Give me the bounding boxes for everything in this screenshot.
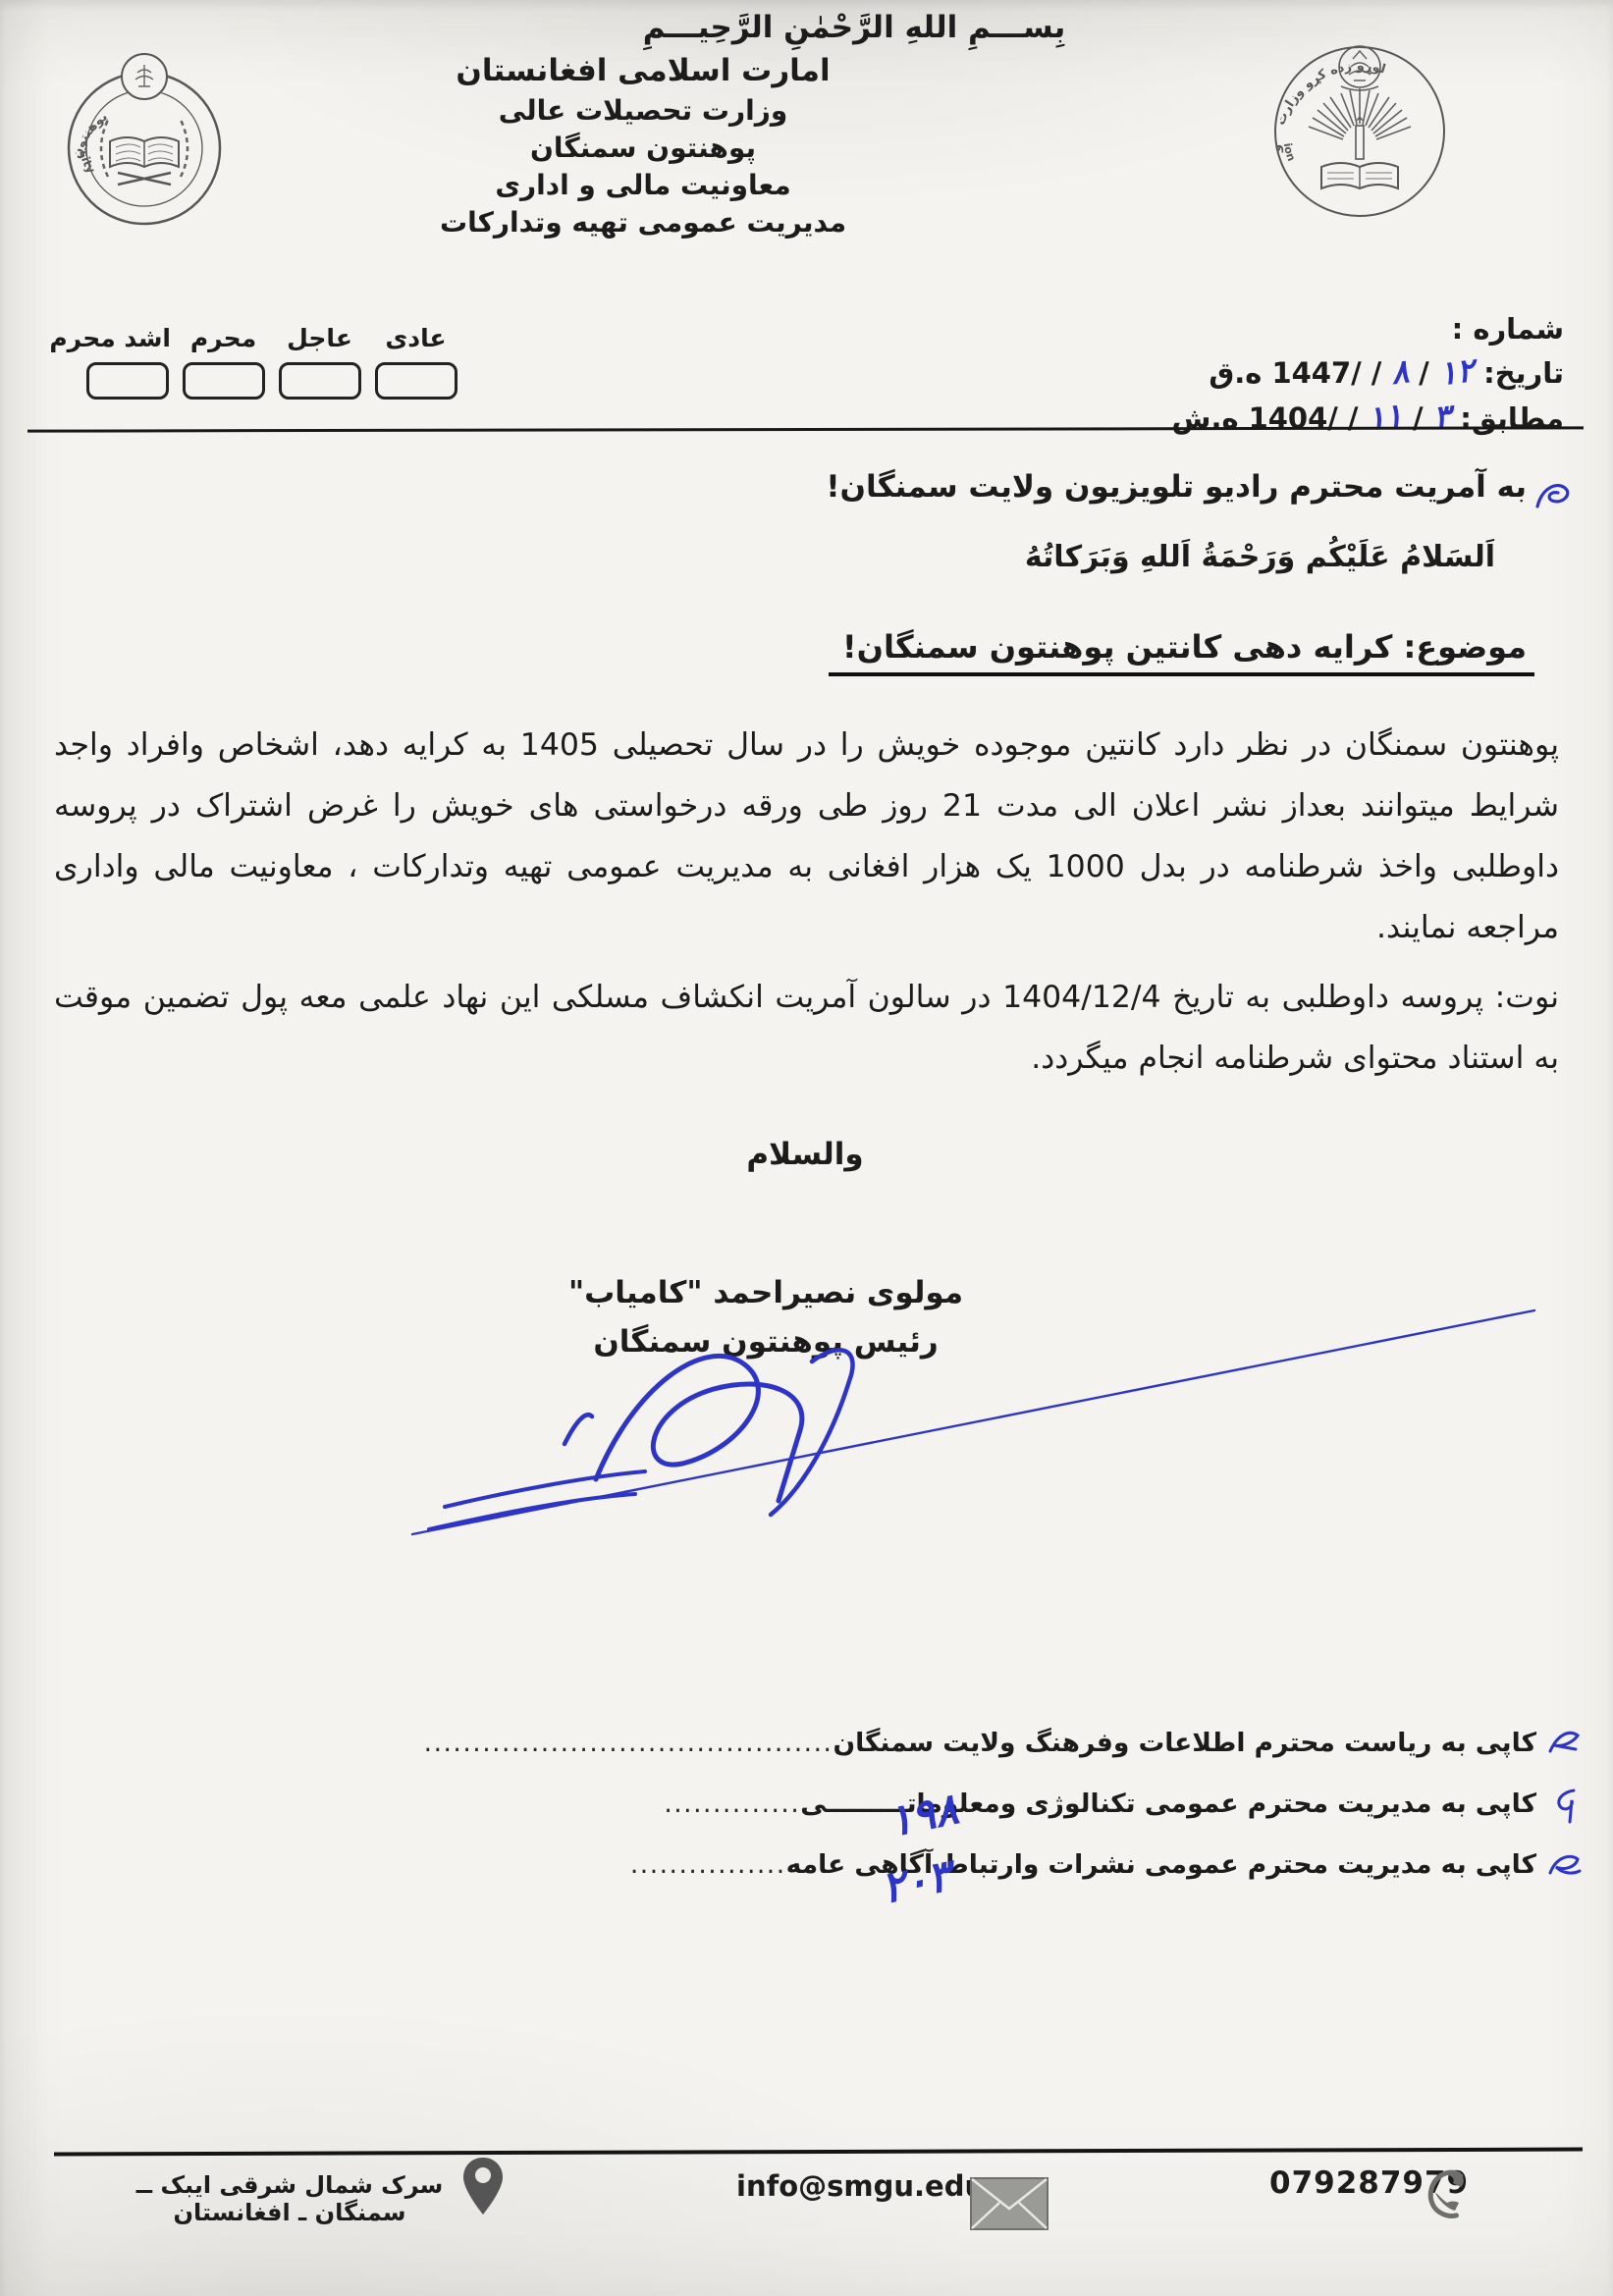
closing-word: والسلام bbox=[697, 1137, 913, 1172]
match-month-handwritten: ۱۱ bbox=[1366, 396, 1405, 438]
priority-normal: عادی bbox=[372, 324, 459, 400]
match-date-row: مطابق: ۳ / ۱۱ / 1404/ ه.ش bbox=[1152, 398, 1564, 436]
priority-urgent: عاجل bbox=[276, 324, 363, 400]
pen-mark-cc2-icon bbox=[1548, 1785, 1582, 1824]
priority-confidential-checkbox bbox=[183, 362, 265, 400]
signer-name: مولوی نصیراحمد "کامیاب" bbox=[545, 1268, 987, 1317]
pen-mark-addressee-icon bbox=[1532, 477, 1574, 520]
priority-top-secret-checkbox bbox=[86, 362, 169, 400]
priority-urgent-checkbox bbox=[279, 362, 361, 400]
number-label: شماره : bbox=[1452, 312, 1564, 346]
footer-address: سرک شمال شرقی ایبک ــ سمنگان ـ افغانستان bbox=[103, 2171, 476, 2226]
priority-checkboxes: عادی عاجل محرم اشد محرم bbox=[67, 324, 459, 400]
letterhead-university: پوهنتون سمنگان bbox=[275, 132, 1011, 164]
cc-1-dots: ........................................… bbox=[424, 1728, 833, 1758]
priority-top-secret-label: اشد محرم bbox=[83, 324, 171, 352]
date-year: 1447/ bbox=[1271, 356, 1361, 390]
signature-block: مولوی نصیراحمد "کامیاب" رئیس پوهنتون سمن… bbox=[545, 1268, 987, 1366]
scanned-letter-page: بِســـمِ اللهِ الرَّحْمٰنِ الرَّحِیـــمِ… bbox=[0, 0, 1613, 2296]
right-seal-top-left-text: لوړو زده کړو وزارت bbox=[1273, 59, 1387, 128]
meta-block: شماره : تاریخ: ۱۲ / ۸ / 1447/ ه.ق مطابق:… bbox=[1152, 312, 1564, 443]
match-day-handwritten: ۳ bbox=[1430, 397, 1452, 437]
date-era: ه.ق bbox=[1209, 356, 1262, 390]
body-line-2: شرایط میتوانند بعداز نشر اعلان الی مدت 2… bbox=[54, 775, 1559, 836]
date-month-handwritten: ۸ bbox=[1389, 351, 1411, 392]
date-day-handwritten: ۱۲ bbox=[1436, 350, 1476, 393]
letterhead-directorate: مدیریت عمومی تهیه وتدارکات bbox=[275, 206, 1011, 239]
body-line-3: داوطلبی واخذ شرطنامه در بدل 1000 یک هزار… bbox=[54, 836, 1559, 897]
note-line-2: به استناد محتوای شرطنامه انجام میگردد. bbox=[54, 1028, 1559, 1089]
priority-normal-label: عادی bbox=[372, 324, 459, 352]
note-line-1: نوت: پروسه داوطلبی به تاریخ 1404/12/4 در… bbox=[54, 967, 1559, 1028]
match-slash: / bbox=[1413, 401, 1424, 435]
svg-text:لوړو زده کړو وزارت: لوړو زده کړو وزارت bbox=[1273, 59, 1387, 128]
priority-confidential-label: محرم bbox=[180, 324, 267, 352]
body-line-1: پوهنتون سمنگان در نظر دارد کانتین موجوده… bbox=[54, 715, 1559, 775]
priority-top-secret: اشد محرم bbox=[83, 324, 171, 400]
cc-1-text: کاپی به ریاست محترم اطلاعات وفرهنگ ولایت… bbox=[833, 1728, 1536, 1758]
signer-title: رئیس پوهنتون سمنگان bbox=[545, 1317, 987, 1366]
letterhead-ministry: وزارت تحصیلات عالی bbox=[275, 94, 1011, 127]
ministry-higher-education-seal-icon: وزارت تحصیلات عالی لوړو زده کړو وزارت Mi… bbox=[1263, 29, 1457, 224]
letterhead-state: امارت اسلامی افغانستان bbox=[275, 53, 1011, 88]
pen-mark-cc1-icon bbox=[1546, 1726, 1584, 1761]
date-label: تاریخ: bbox=[1483, 356, 1564, 390]
cc-row-1: کاپی به ریاست محترم اطلاعات وفرهنگ ولایت… bbox=[790, 1728, 1536, 1758]
pen-mark-cc3-icon bbox=[1546, 1849, 1584, 1883]
note-paragraph: نوت: پروسه داوطلبی به تاریخ 1404/12/4 در… bbox=[54, 967, 1559, 1089]
phone-handset-icon bbox=[1422, 2167, 1469, 2218]
cc-3-dots: ................ bbox=[630, 1849, 786, 1880]
priority-confidential: محرم bbox=[180, 324, 267, 400]
addressee-line: به آمریت محترم رادیو تلویزیون ولایت سمنگ… bbox=[826, 469, 1527, 505]
letterhead: امارت اسلامی افغانستان وزارت تحصیلات عال… bbox=[275, 53, 1011, 243]
priority-normal-checkbox bbox=[375, 362, 457, 400]
date-row: تاریخ: ۱۲ / ۸ / 1447/ ه.ق bbox=[1152, 352, 1564, 391]
date-slash2: / bbox=[1371, 356, 1382, 390]
cc-2-dots: .............. bbox=[664, 1789, 800, 1819]
svg-text:وزارت تحصیلات عالی: وزارت تحصیلات عالی bbox=[1263, 29, 1284, 153]
body-paragraph: پوهنتون سمنگان در نظر دارد کانتین موجوده… bbox=[54, 715, 1559, 958]
letterhead-deputyship: معاونیت مالی و اداری bbox=[275, 169, 1011, 201]
samangan-university-seal-icon: پوهنتون سمنگان Samangan University bbox=[55, 47, 234, 229]
body-line-4: مراجعه نمایند. bbox=[54, 897, 1559, 958]
salutation-line: اَلسَلامُ عَلَیْکُم وَرَحْمَةُ اَللهِ وَ… bbox=[1025, 540, 1495, 574]
right-seal-top-right-text: وزارت تحصیلات عالی bbox=[1263, 29, 1284, 153]
match-slash2: / bbox=[1348, 401, 1359, 435]
subject-line: موضوع: کرایه دهی کانتین پوهنتون سمنگان! bbox=[829, 628, 1534, 676]
footer-divider bbox=[54, 2148, 1583, 2157]
match-label: مطابق: bbox=[1460, 401, 1564, 435]
priority-urgent-label: عاجل bbox=[276, 324, 363, 352]
number-row: شماره : bbox=[1152, 312, 1564, 346]
envelope-icon bbox=[970, 2177, 1048, 2230]
date-slash: / bbox=[1419, 356, 1429, 390]
bismillah-calligraphy: بِســـمِ اللهِ الرَّحْمٰنِ الرَّحِیـــمِ bbox=[579, 10, 1129, 45]
footer-email: info@smgu.edu bbox=[736, 2169, 985, 2203]
